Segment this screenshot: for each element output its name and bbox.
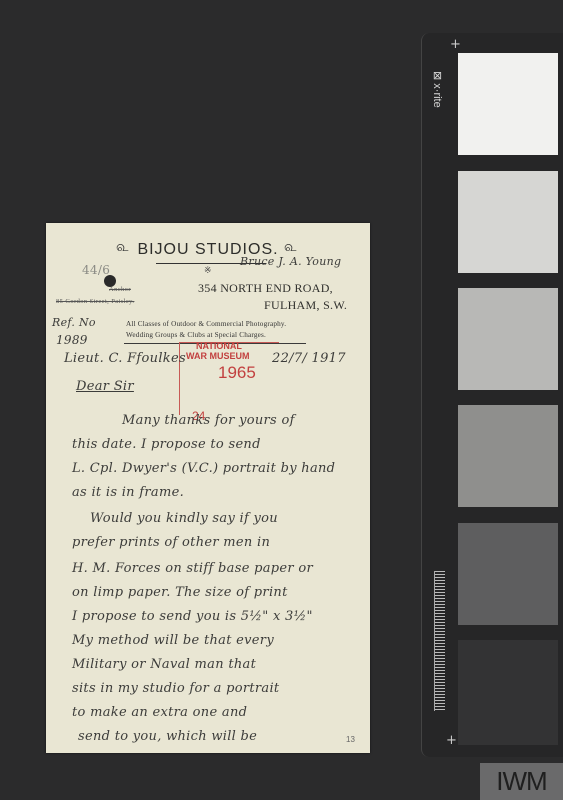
letter-date: 22/7/ 1917 xyxy=(272,351,346,366)
emblem-icon: ※ xyxy=(204,265,212,276)
body-line: to make an extra one and xyxy=(72,705,247,720)
xrite-logo: ⊠ x·rite xyxy=(431,71,444,108)
gray-patch-5 xyxy=(458,523,558,625)
addressee: Lieut. C. Ffoulkes xyxy=(64,351,186,366)
body-line: H. M. Forces on stiff base paper or xyxy=(72,561,313,576)
old-address-struck: 85 Gordon Street, Paisley. xyxy=(56,298,134,305)
body-line: as it is in frame. xyxy=(72,485,184,500)
scale-ruler xyxy=(434,571,445,711)
tagline-1: All Classes of Outdoor & Commercial Phot… xyxy=(126,320,286,328)
address-line-1: 354 NORTH END ROAD, xyxy=(198,281,333,296)
body-line: on limp paper. The size of print xyxy=(72,585,288,600)
address-line-2: FULHAM, S.W. xyxy=(264,298,347,313)
struck-word: Anchor xyxy=(109,286,131,293)
crosshair-icon: + xyxy=(450,37,461,52)
stamp-line-1: NATIONAL xyxy=(196,341,242,351)
salutation: Dear Sir xyxy=(76,379,134,394)
body-line: Would you kindly say if you xyxy=(90,511,278,526)
body-line: sits in my studio for a portrait xyxy=(72,681,279,696)
gray-patch-4 xyxy=(458,405,558,507)
stamp-year: 1965 xyxy=(218,363,256,383)
color-checker: + ⊠ x·rite + xyxy=(421,33,563,757)
body-line: My method will be that every xyxy=(72,633,274,648)
letter-page: ௳ BIJOU STUDIOS. ௳ ※ Bruce J. A. Young 4… xyxy=(46,223,370,753)
stamp-line-2: WAR MUSEUM xyxy=(186,351,250,361)
ref-number: 1989 xyxy=(56,333,88,347)
proprietor-signature: Bruce J. A. Young xyxy=(240,255,341,268)
body-line: send to you, which will be xyxy=(78,729,257,744)
gray-patch-6 xyxy=(458,640,558,745)
gray-patch-1 xyxy=(458,53,558,155)
brand-label: x·rite xyxy=(431,83,443,107)
body-line: Military or Naval man that xyxy=(72,657,256,672)
ref-label: Ref. No xyxy=(52,316,96,329)
tagline-2: Wedding Groups & Clubs at Special Charge… xyxy=(126,331,266,339)
gray-patch-3 xyxy=(458,288,558,390)
body-line: I propose to send you is 5½" x 3½" xyxy=(72,609,313,624)
gray-patch-2 xyxy=(458,171,558,273)
body-line: Many thanks for yours of xyxy=(122,413,295,428)
page-number: 13 xyxy=(346,735,355,744)
body-line: this date. I propose to send xyxy=(72,437,261,452)
body-line: prefer prints of other men in xyxy=(72,535,270,550)
iwm-watermark: IWM xyxy=(480,763,563,800)
crosshair-icon: + xyxy=(446,733,457,748)
body-line: L. Cpl. Dwyer's (V.C.) portrait by hand xyxy=(72,461,335,476)
